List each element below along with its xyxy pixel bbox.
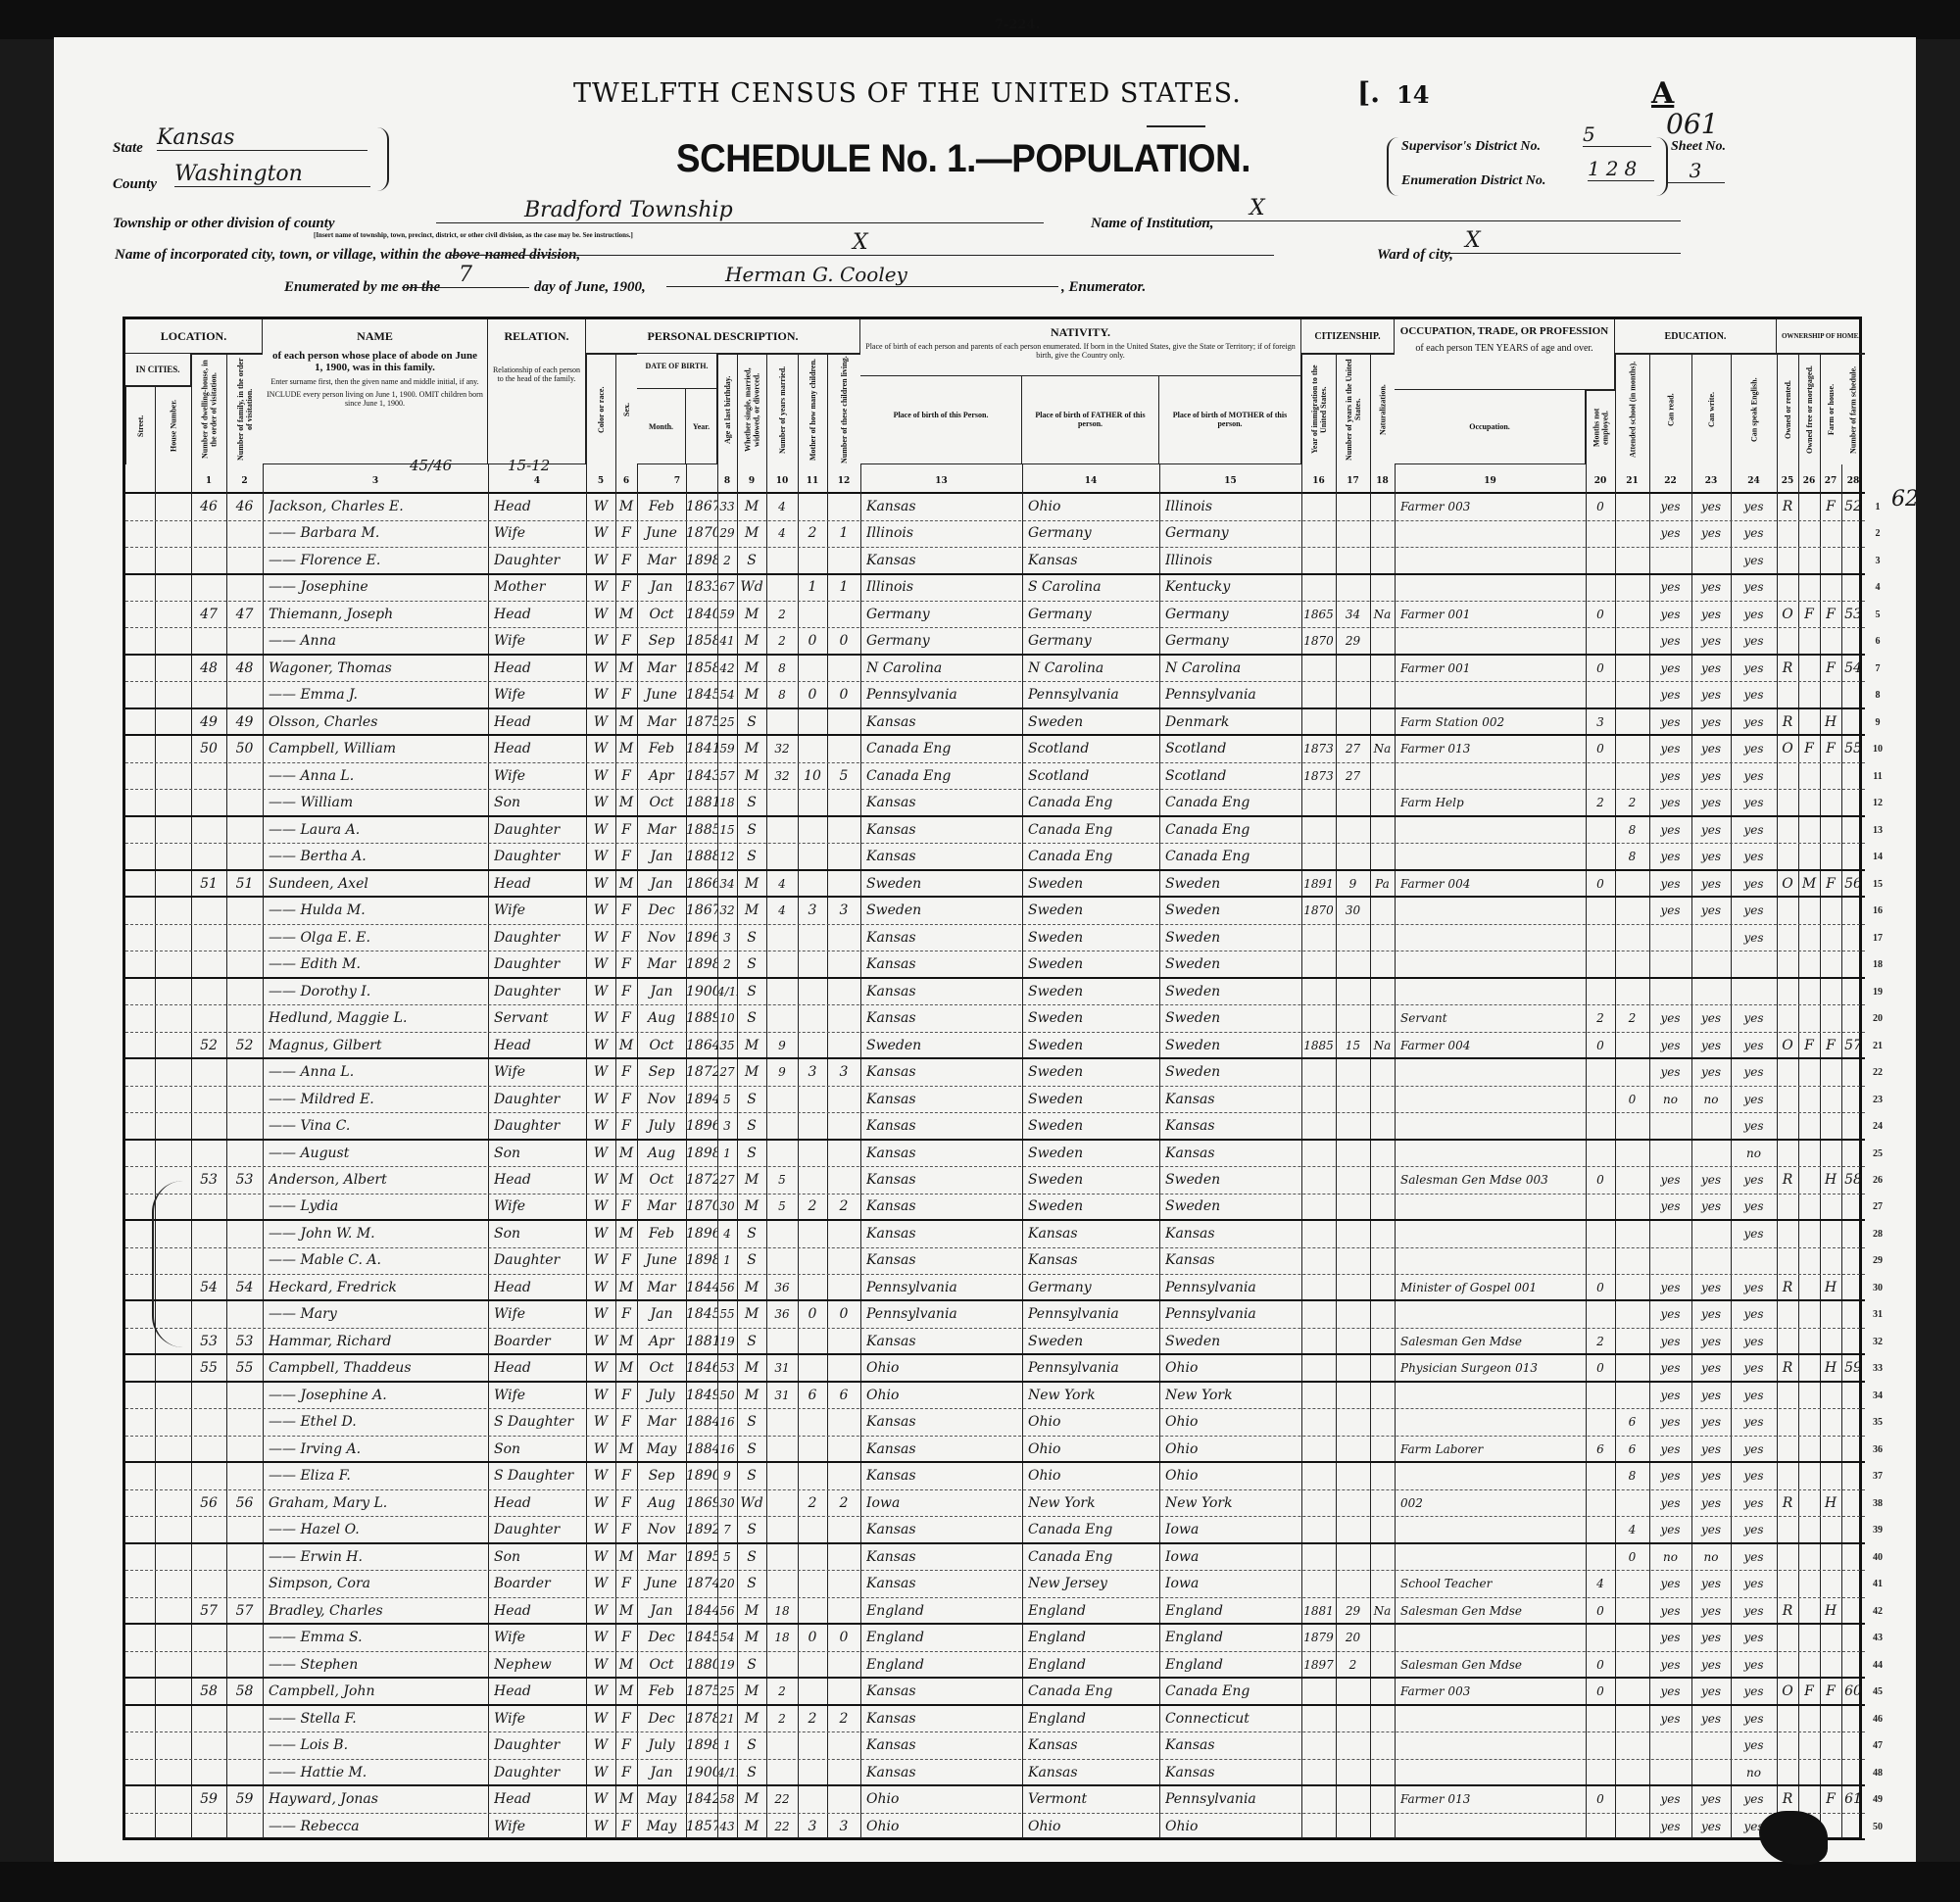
cell-father: Kansas bbox=[1028, 1760, 1159, 1786]
cell-age: 57 bbox=[717, 763, 737, 790]
column-number: 19 bbox=[1395, 476, 1586, 486]
column-number: 21 bbox=[1615, 476, 1649, 486]
column-number: 9 bbox=[737, 476, 766, 486]
cell-birth: Pennsylvania bbox=[866, 682, 1022, 708]
line-number: 49 bbox=[1867, 1794, 1888, 1805]
cell-immig bbox=[1301, 1194, 1336, 1220]
cell-owned bbox=[1777, 1087, 1798, 1113]
cell-natur bbox=[1370, 1786, 1395, 1813]
cell-name: —— Erwin H. bbox=[269, 1544, 488, 1571]
cell-dwelling bbox=[191, 1437, 226, 1463]
cell-unemployed bbox=[1586, 1247, 1615, 1274]
cell-years-us bbox=[1336, 1732, 1370, 1759]
cell-mother: Kansas bbox=[1165, 1760, 1301, 1786]
column-number: 2 bbox=[226, 476, 263, 486]
cell-write: yes bbox=[1691, 1786, 1731, 1813]
table-row[interactable]: —— RebeccaWifeWFMay185743M2233OhioOhioOh… bbox=[125, 1814, 1865, 1841]
cell-month: Mar bbox=[637, 1194, 686, 1220]
cell-father: Sweden bbox=[1028, 871, 1159, 898]
supervisor-field[interactable]: 5 bbox=[1583, 122, 1651, 147]
cell-years-us bbox=[1336, 1706, 1370, 1732]
cell-years-us bbox=[1336, 1329, 1370, 1355]
cell-year: 1898 bbox=[686, 1141, 717, 1167]
table-row[interactable]: 5656Graham, Mary L.HeadWFAug186930Wd22Io… bbox=[125, 1490, 1865, 1518]
cell-year: 1881 bbox=[686, 1329, 717, 1355]
cell-read: yes bbox=[1649, 1409, 1691, 1436]
cell-year: 1875 bbox=[686, 1679, 717, 1705]
cell-natur bbox=[1370, 1113, 1395, 1140]
cell-mother-of bbox=[798, 1760, 827, 1786]
cell-english: yes bbox=[1731, 1059, 1777, 1086]
table-row[interactable]: Hedlund, Maggie L.ServantWFAug188910SKan… bbox=[125, 1005, 1865, 1033]
cell-mother: Pennsylvania bbox=[1165, 1275, 1301, 1301]
cell-name: —— William bbox=[269, 790, 488, 816]
cell-immig bbox=[1301, 574, 1336, 601]
cell-read: yes bbox=[1649, 1706, 1691, 1732]
cell-years-married: 5 bbox=[766, 1194, 798, 1220]
cell-name: —— Ethel D. bbox=[269, 1409, 488, 1436]
table-row[interactable]: —— Edith M.DaughterWFMar18982SKansasSwed… bbox=[125, 951, 1865, 979]
cell-mother: Sweden bbox=[1165, 1005, 1301, 1032]
cell-marital: M bbox=[737, 763, 766, 790]
cell-mother-of: 3 bbox=[798, 1814, 827, 1840]
cell-mother: Canada Eng bbox=[1165, 790, 1301, 816]
table-row[interactable]: —— Erwin H.SonWMMar18955SKansasCanada En… bbox=[125, 1544, 1865, 1572]
cell-years-us bbox=[1336, 1437, 1370, 1463]
table-row[interactable]: —— StephenNephewWMOct188019SEnglandEngla… bbox=[125, 1652, 1865, 1680]
cell-father: Germany bbox=[1028, 520, 1159, 547]
cell-year: 1872 bbox=[686, 1167, 717, 1194]
cell-unemployed: 0 bbox=[1586, 1652, 1615, 1679]
line-number: 39 bbox=[1867, 1525, 1888, 1536]
table-row[interactable]: Simpson, CoraBoarderWFJune187420SKansasN… bbox=[125, 1571, 1865, 1598]
cell-owned: R bbox=[1777, 1786, 1798, 1813]
cell-mother-of bbox=[798, 1033, 827, 1059]
cell-school bbox=[1615, 1275, 1649, 1301]
column-number: 7 bbox=[637, 476, 717, 486]
cell-owned bbox=[1777, 1383, 1798, 1409]
line-number: 9 bbox=[1867, 717, 1888, 728]
cell-father: Sweden bbox=[1028, 1194, 1159, 1220]
cell-occupation bbox=[1400, 1625, 1586, 1651]
cell-farm bbox=[1820, 1544, 1841, 1571]
table-row[interactable]: —— AnnaWifeWFSep185841M200GermanyGermany… bbox=[125, 628, 1865, 656]
cell-years-us bbox=[1336, 1409, 1370, 1436]
table-row[interactable]: 5050Campbell, WilliamHeadWMFeb184159M32C… bbox=[125, 736, 1865, 763]
cell-dwelling: 53 bbox=[191, 1167, 226, 1194]
cell-living bbox=[827, 844, 860, 870]
cell-owned bbox=[1777, 1194, 1798, 1220]
cell-age: 16 bbox=[717, 1437, 737, 1463]
cell-mother-of bbox=[798, 1275, 827, 1301]
cell-father: Ohio bbox=[1028, 1409, 1159, 1436]
cell-schedule bbox=[1841, 790, 1865, 816]
cell-mother: Sweden bbox=[1165, 1033, 1301, 1059]
cell-read: yes bbox=[1649, 1437, 1691, 1463]
cell-relation: Son bbox=[494, 1437, 586, 1463]
cell-mortgage: F bbox=[1798, 736, 1820, 762]
cell-unemployed bbox=[1586, 763, 1615, 790]
cell-relation: Daughter bbox=[494, 1732, 586, 1759]
cell-mother: New York bbox=[1165, 1383, 1301, 1409]
line-number: 15 bbox=[1867, 879, 1888, 890]
line-number: 37 bbox=[1867, 1471, 1888, 1482]
county-field[interactable]: Washington bbox=[174, 162, 370, 187]
nativity-header-title: NATIVITY. bbox=[860, 325, 1300, 340]
table-row[interactable]: —— Hattie M.DaughterWFJan19004/12SKansas… bbox=[125, 1760, 1865, 1787]
cell-year: 1889 bbox=[686, 1005, 717, 1032]
table-row[interactable]: 4646Jackson, Charles E.HeadWMFeb186733M4… bbox=[125, 494, 1865, 521]
cell-years-us bbox=[1336, 520, 1370, 547]
cell-age: 33 bbox=[717, 494, 737, 520]
cell-father: Vermont bbox=[1028, 1786, 1159, 1813]
cell-birth: Canada Eng bbox=[866, 763, 1022, 790]
cell-school bbox=[1615, 494, 1649, 520]
township-field[interactable]: Bradford Township bbox=[436, 198, 1044, 223]
cell-month: July bbox=[637, 1113, 686, 1140]
table-row[interactable]: —— John W. M.SonWMFeb18964SKansasKansasK… bbox=[125, 1221, 1865, 1248]
cell-mortgage bbox=[1798, 1490, 1820, 1517]
cell-schedule bbox=[1841, 1301, 1865, 1328]
cell-write: yes bbox=[1691, 1355, 1731, 1382]
cell-name: —— Barbara M. bbox=[269, 520, 488, 547]
cell-years-us: 9 bbox=[1336, 871, 1370, 898]
cell-relation: Head bbox=[494, 1355, 586, 1382]
cell-color: W bbox=[586, 1194, 615, 1220]
cell-father: S Carolina bbox=[1028, 574, 1159, 601]
cell-occupation bbox=[1400, 1814, 1586, 1840]
cell-relation: Daughter bbox=[494, 1113, 586, 1140]
cell-natur bbox=[1370, 1517, 1395, 1543]
cell-years-married bbox=[766, 790, 798, 816]
table-row[interactable]: —— Ethel D.S DaughterWFMar188416SKansasO… bbox=[125, 1409, 1865, 1437]
cell-schedule: 61 bbox=[1841, 1786, 1865, 1813]
cell-immig: 1879 bbox=[1301, 1625, 1336, 1651]
cell-farm bbox=[1820, 1087, 1841, 1113]
cell-relation: Daughter bbox=[494, 925, 586, 951]
column-number: 15 bbox=[1159, 476, 1301, 486]
cell-occupation: Servant bbox=[1400, 1005, 1586, 1032]
cell-age: 16 bbox=[717, 1409, 737, 1436]
cell-age: 2 bbox=[717, 951, 737, 978]
cell-immig bbox=[1301, 548, 1336, 574]
table-row[interactable]: 5252Magnus, GilbertHeadWMOct186435M9Swed… bbox=[125, 1033, 1865, 1060]
cell-mortgage bbox=[1798, 844, 1820, 870]
column-number: 10 bbox=[766, 476, 798, 486]
cell-years-married bbox=[766, 1732, 798, 1759]
table-row[interactable]: —— JosephineMotherWFJan183367Wd11Illinoi… bbox=[125, 574, 1865, 602]
table-row[interactable]: 4848Wagoner, ThomasHeadWMMar185842M8N Ca… bbox=[125, 656, 1865, 683]
cell-birth: Kansas bbox=[866, 1329, 1022, 1355]
enumerator-field[interactable]: Herman G. Cooley bbox=[666, 263, 1058, 287]
cell-color: W bbox=[586, 628, 615, 655]
cell-mother: Sweden bbox=[1165, 951, 1301, 978]
cell-unemployed bbox=[1586, 925, 1615, 951]
cell-sex: F bbox=[615, 817, 637, 844]
table-row[interactable]: —— Hazel O.DaughterWFNov18927SKansasCana… bbox=[125, 1517, 1865, 1544]
cell-mother: Sweden bbox=[1165, 871, 1301, 898]
table-row[interactable]: 5959Hayward, JonasHeadWMMay184258M22Ohio… bbox=[125, 1786, 1865, 1814]
table-row[interactable]: 5353Hammar, RichardBoarderWMApr188119SKa… bbox=[125, 1329, 1865, 1356]
enumeration-field[interactable]: 128 bbox=[1588, 157, 1654, 181]
table-row[interactable]: 5454Heckard, FredrickHeadWMMar184456M36P… bbox=[125, 1275, 1865, 1302]
cell-year: 1900 bbox=[686, 1760, 717, 1786]
cell-year: 1866 bbox=[686, 871, 717, 898]
cell-age: 42 bbox=[717, 656, 737, 682]
cell-family bbox=[226, 1059, 263, 1086]
cell-family: 58 bbox=[226, 1679, 263, 1705]
cell-month: Nov bbox=[637, 1517, 686, 1543]
cell-dwelling bbox=[191, 1005, 226, 1032]
cell-name: —— Mildred E. bbox=[269, 1087, 488, 1113]
table-row[interactable]: —— Stella F.WifeWFDec187821M222KansasEng… bbox=[125, 1706, 1865, 1733]
cell-month: Jan bbox=[637, 979, 686, 1005]
cell-name: —— Edith M. bbox=[269, 951, 488, 978]
cell-immig bbox=[1301, 1463, 1336, 1489]
sheet-field[interactable]: 3 bbox=[1666, 159, 1725, 183]
table-row[interactable]: —— Hulda M.WifeWFDec186732M433SwedenSwed… bbox=[125, 898, 1865, 925]
line-number: 16 bbox=[1867, 905, 1888, 916]
ward-label: Ward of city, bbox=[1377, 247, 1453, 264]
birth-person-header: Place of birth of this Person. bbox=[860, 376, 1022, 464]
table-row[interactable]: —— Florence E.DaughterWFMar18982SKansasK… bbox=[125, 548, 1865, 575]
cell-natur bbox=[1370, 898, 1395, 924]
cell-mother-of bbox=[798, 844, 827, 870]
cell-mother-of: 2 bbox=[798, 520, 827, 547]
table-row[interactable]: —— AugustSonWMAug18981SKansasSwedenKansa… bbox=[125, 1141, 1865, 1168]
cell-years-married bbox=[766, 1113, 798, 1140]
cell-mother-of bbox=[798, 817, 827, 844]
cell-living: 1 bbox=[827, 574, 860, 601]
cell-year: 1858 bbox=[686, 628, 717, 655]
corner-number: 14 bbox=[1396, 80, 1429, 109]
cell-years-married: 18 bbox=[766, 1598, 798, 1625]
table-row[interactable]: 5858Campbell, JohnHeadWMFeb187525M2Kansa… bbox=[125, 1679, 1865, 1706]
cell-unemployed bbox=[1586, 1463, 1615, 1489]
cell-natur: Na bbox=[1370, 602, 1395, 628]
cell-month: Mar bbox=[637, 951, 686, 978]
table-row[interactable]: —— Emma S.WifeWFDec184554M1800EnglandEng… bbox=[125, 1625, 1865, 1652]
cell-father: Germany bbox=[1028, 1275, 1159, 1301]
cell-mortgage bbox=[1798, 682, 1820, 708]
cell-natur bbox=[1370, 1814, 1395, 1840]
cell-family bbox=[226, 1625, 263, 1651]
line-number: 50 bbox=[1867, 1822, 1888, 1832]
line-number: 11 bbox=[1867, 771, 1888, 782]
table-row[interactable]: —— Mildred E.DaughterWFNov18945SKansasSw… bbox=[125, 1087, 1865, 1114]
ward-field[interactable]: X bbox=[1445, 228, 1681, 254]
cell-mother-of: 3 bbox=[798, 898, 827, 924]
cell-english bbox=[1731, 979, 1777, 1005]
table-row[interactable]: —— Bertha A.DaughterWFJan188812SKansasCa… bbox=[125, 844, 1865, 871]
table-row[interactable]: 5757Bradley, CharlesHeadWMJan184456M18En… bbox=[125, 1598, 1865, 1626]
line-number: 29 bbox=[1867, 1255, 1888, 1266]
cell-relation: Daughter bbox=[494, 844, 586, 870]
cell-year: 1888 bbox=[686, 844, 717, 870]
state-field[interactable]: Kansas bbox=[157, 125, 367, 151]
cell-family bbox=[226, 1437, 263, 1463]
table-row[interactable]: —— Dorothy I.DaughterWFJan19004/12SKansa… bbox=[125, 979, 1865, 1006]
cell-mother: Denmark bbox=[1165, 709, 1301, 736]
table-row[interactable]: 4949Olsson, CharlesHeadWMMar187525SKansa… bbox=[125, 709, 1865, 737]
cell-years-married: 4 bbox=[766, 494, 798, 520]
cell-farm: F bbox=[1820, 602, 1841, 628]
table-row[interactable]: —— Eliza F.S DaughterWFSep18909SKansasOh… bbox=[125, 1463, 1865, 1490]
column-number: 4 bbox=[488, 476, 586, 486]
cell-natur bbox=[1370, 790, 1395, 816]
cell-month: Jan bbox=[637, 1598, 686, 1625]
cell-living bbox=[827, 736, 860, 762]
cell-unemployed: 0 bbox=[1586, 602, 1615, 628]
cell-schedule bbox=[1841, 1490, 1865, 1517]
cell-birth: Kansas bbox=[866, 817, 1022, 844]
cell-mortgage: F bbox=[1798, 1033, 1820, 1059]
cell-relation: S Daughter bbox=[494, 1463, 586, 1489]
cell-sex: F bbox=[615, 1301, 637, 1328]
enumerated-day-field[interactable]: 7 bbox=[402, 263, 529, 288]
cell-school bbox=[1615, 871, 1649, 898]
cell-write: yes bbox=[1691, 898, 1731, 924]
table-row[interactable]: —— Mable C. A.DaughterWFJune18981SKansas… bbox=[125, 1247, 1865, 1275]
cell-years-married: 31 bbox=[766, 1355, 798, 1382]
cell-immig: 1870 bbox=[1301, 628, 1336, 655]
table-row[interactable]: 4747Thiemann, JosephHeadWMOct184059M2Ger… bbox=[125, 602, 1865, 629]
cell-schedule: 57 bbox=[1841, 1033, 1865, 1059]
cell-years-us bbox=[1336, 1087, 1370, 1113]
cell-age: 43 bbox=[717, 1814, 737, 1840]
cell-english: yes bbox=[1731, 602, 1777, 628]
cell-years-married: 22 bbox=[766, 1814, 798, 1840]
table-row[interactable]: 5555Campbell, ThaddeusHeadWMOct184653M31… bbox=[125, 1355, 1865, 1383]
cell-living bbox=[827, 1652, 860, 1679]
cell-sex: F bbox=[615, 898, 637, 924]
cell-name: —— Olga E. E. bbox=[269, 925, 488, 951]
cell-birth: Pennsylvania bbox=[866, 1301, 1022, 1328]
cell-read bbox=[1649, 1141, 1691, 1167]
line-number: 48 bbox=[1867, 1768, 1888, 1779]
cell-english: no bbox=[1731, 1141, 1777, 1167]
cell-write: yes bbox=[1691, 520, 1731, 547]
cell-mother-of: 0 bbox=[798, 1301, 827, 1328]
cell-farm bbox=[1820, 898, 1841, 924]
cell-relation: Wife bbox=[494, 1383, 586, 1409]
dwelling-number-header: Number of dwelling-house, in the order o… bbox=[191, 354, 226, 464]
cell-owned bbox=[1777, 763, 1798, 790]
cell-living: 0 bbox=[827, 628, 860, 655]
cell-schedule bbox=[1841, 1732, 1865, 1759]
table-row[interactable]: —— Vina C.DaughterWFJuly18963SKansasSwed… bbox=[125, 1113, 1865, 1141]
table-row[interactable]: —— Emma J.WifeWFJune184554M800Pennsylvan… bbox=[125, 682, 1865, 709]
cell-immig bbox=[1301, 1167, 1336, 1194]
cell-mother-of bbox=[798, 1571, 827, 1597]
cell-father: Ohio bbox=[1028, 1437, 1159, 1463]
cell-occupation: Farmer 001 bbox=[1400, 656, 1586, 682]
cell-unemployed bbox=[1586, 1490, 1615, 1517]
cell-year: 1884 bbox=[686, 1409, 717, 1436]
cell-unemployed bbox=[1586, 520, 1615, 547]
cell-school bbox=[1615, 1301, 1649, 1328]
cell-mother-of bbox=[798, 871, 827, 898]
cell-birth: Kansas bbox=[866, 1760, 1022, 1786]
cell-schedule bbox=[1841, 1625, 1865, 1651]
cell-mother-of bbox=[798, 602, 827, 628]
table-row[interactable]: —— WilliamSonWMOct188118SKansasCanada En… bbox=[125, 790, 1865, 817]
cell-marital: S bbox=[737, 951, 766, 978]
cell-sex: F bbox=[615, 979, 637, 1005]
cell-relation: Daughter bbox=[494, 548, 586, 574]
cell-school: 8 bbox=[1615, 1463, 1649, 1489]
cell-sex: F bbox=[615, 844, 637, 870]
table-row[interactable]: 5353Anderson, AlbertHeadWMOct187227M5Kan… bbox=[125, 1167, 1865, 1195]
table-row[interactable]: 5151Sundeen, AxelHeadWMJan186634M4Sweden… bbox=[125, 871, 1865, 899]
cell-years-married bbox=[766, 951, 798, 978]
cell-english: yes bbox=[1731, 736, 1777, 762]
cell-school bbox=[1615, 1732, 1649, 1759]
table-row[interactable]: —— Olga E. E.DaughterWFNov18963SKansasSw… bbox=[125, 925, 1865, 952]
cell-mother-of bbox=[798, 951, 827, 978]
cell-year: 1843 bbox=[686, 763, 717, 790]
cell-mortgage bbox=[1798, 898, 1820, 924]
table-row[interactable]: —— Anna L.WifeWFSep187227M933KansasSwede… bbox=[125, 1059, 1865, 1087]
cell-marital: S bbox=[737, 1141, 766, 1167]
cell-color: W bbox=[586, 925, 615, 951]
table-row[interactable]: —— MaryWifeWFJan184555M3600PennsylvaniaP… bbox=[125, 1301, 1865, 1329]
cell-read bbox=[1649, 925, 1691, 951]
cell-birth: Kansas bbox=[866, 1247, 1022, 1274]
table-row[interactable]: —— Barbara M.WifeWFJune187029M421Illinoi… bbox=[125, 520, 1865, 548]
table-row[interactable]: —— Laura A.DaughterWFMar188515SKansasCan… bbox=[125, 817, 1865, 845]
cell-birth: Kansas bbox=[866, 1706, 1022, 1732]
city-field[interactable]: X bbox=[451, 230, 1274, 256]
institution-field[interactable]: X bbox=[1200, 196, 1681, 221]
cell-years-married bbox=[766, 1087, 798, 1113]
sex-header: Sex. bbox=[615, 354, 637, 464]
table-row[interactable]: —— Josephine A.WifeWFJuly184950M3166Ohio… bbox=[125, 1383, 1865, 1410]
table-row[interactable]: —— Lois B.DaughterWFJuly18981SKansasKans… bbox=[125, 1732, 1865, 1760]
cell-relation: S Daughter bbox=[494, 1409, 586, 1436]
cell-english: yes bbox=[1731, 763, 1777, 790]
cell-write: yes bbox=[1691, 574, 1731, 601]
cell-month: Apr bbox=[637, 763, 686, 790]
table-row[interactable]: —— Anna L.WifeWFApr184357M32105Canada En… bbox=[125, 763, 1865, 791]
cell-occupation bbox=[1400, 628, 1586, 655]
cell-mother-of: 2 bbox=[798, 1706, 827, 1732]
cell-father: Sweden bbox=[1028, 898, 1159, 924]
cell-year: 1898 bbox=[686, 951, 717, 978]
cell-name: —— Anna bbox=[269, 628, 488, 655]
table-row[interactable]: —— LydiaWifeWFMar187030M522KansasSwedenS… bbox=[125, 1194, 1865, 1221]
cell-unemployed bbox=[1586, 1517, 1615, 1543]
cell-years-married bbox=[766, 1490, 798, 1517]
brace bbox=[377, 127, 389, 191]
cell-name: Graham, Mary L. bbox=[269, 1490, 488, 1517]
cell-birth: Germany bbox=[866, 628, 1022, 655]
cell-occupation: Minister of Gospel 001 bbox=[1400, 1275, 1586, 1301]
cell-years-us: 27 bbox=[1336, 736, 1370, 762]
cell-relation: Wife bbox=[494, 1194, 586, 1220]
cell-marital: M bbox=[737, 1059, 766, 1086]
cell-age: 27 bbox=[717, 1059, 737, 1086]
cell-write bbox=[1691, 925, 1731, 951]
cell-farm bbox=[1820, 1329, 1841, 1355]
cell-occupation bbox=[1400, 1059, 1586, 1086]
cell-month: June bbox=[637, 1247, 686, 1274]
cell-english: yes bbox=[1731, 1463, 1777, 1489]
cell-birth: Kansas bbox=[866, 1409, 1022, 1436]
cell-dwelling bbox=[191, 1247, 226, 1274]
table-row[interactable]: —— Irving A.SonWMMay188416SKansasOhioOhi… bbox=[125, 1437, 1865, 1464]
cell-mortgage bbox=[1798, 628, 1820, 655]
